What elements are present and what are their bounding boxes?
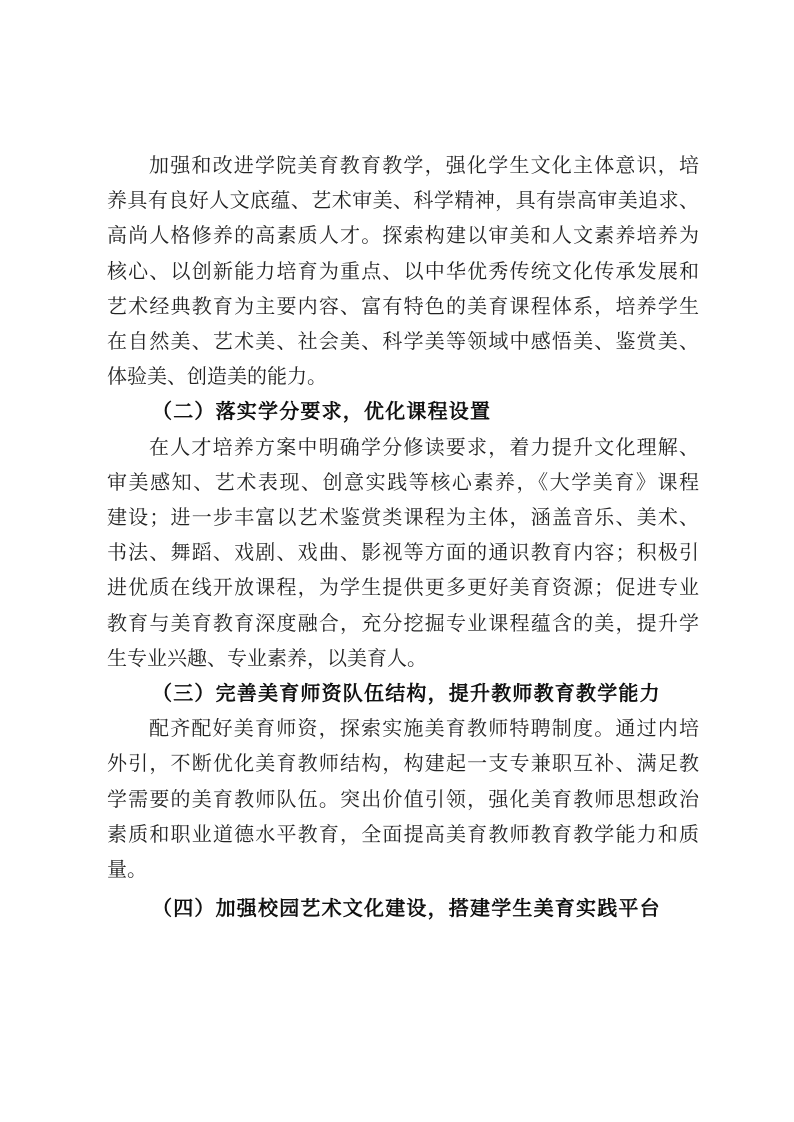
text-line: 建设；进一步丰富以艺术鉴赏类课程为主体，涵盖音乐、美术、 xyxy=(107,500,699,535)
text-line: 量。 xyxy=(107,852,699,887)
text-line: 进优质在线开放课程，为学生提供更多更好美育资源；促进专业 xyxy=(107,570,699,605)
text-line: 学需要的美育教师队伍。突出价值引领，强化美育教师思想政治 xyxy=(107,782,699,817)
text-line: 教育与美育教育深度融合，充分挖掘专业课程蕴含的美，提升学 xyxy=(107,606,699,641)
text-line: 体验美、创造美的能力。 xyxy=(107,359,699,394)
text-line: 生专业兴趣、专业素养，以美育人。 xyxy=(107,641,699,676)
text-line: 在自然美、艺术美、社会美、科学美等领域中感悟美、鉴赏美、 xyxy=(107,324,699,359)
text-line: 高尚人格修养的高素质人才。探索构建以审美和人文素养培养为 xyxy=(107,218,699,253)
text-line: 素质和职业道德水平教育，全面提高美育教师教育教学能力和质 xyxy=(107,817,699,852)
section-heading-3: （三）完善美育师资队伍结构，提升教师教育教学能力 xyxy=(107,676,699,711)
paragraph-teaching-staff: 配齐配好美育师资，探索实施美育教师特聘制度。通过内培 外引，不断优化美育教师结构… xyxy=(107,711,699,887)
section-heading-4: （四）加强校园艺术文化建设，搭建学生美育实践平台 xyxy=(107,891,699,926)
text-line: 审美感知、艺术表现、创意实践等核心素养，《大学美育》课程 xyxy=(107,465,699,500)
text-line: 外引，不断优化美育教师结构，构建起一支专兼职互补、满足教 xyxy=(107,746,699,781)
text-line: 在人才培养方案中明确学分修读要求，着力提升文化理解、 xyxy=(107,430,699,465)
text-line: 书法、舞蹈、戏剧、戏曲、影视等方面的通识教育内容；积极引 xyxy=(107,535,699,570)
text-line: 养具有良好人文底蕴、艺术审美、科学精神，具有崇高审美追求、 xyxy=(107,183,699,218)
paragraph-credit-requirements: 在人才培养方案中明确学分修读要求，着力提升文化理解、 审美感知、艺术表现、创意实… xyxy=(107,430,699,676)
document-page: 加强和改进学院美育教育教学，强化学生文化主体意识，培 养具有良好人文底蕴、艺术审… xyxy=(107,148,699,926)
text-line: 艺术经典教育为主要内容、富有特色的美育课程体系，培养学生 xyxy=(107,289,699,324)
paragraph-aesthetic-education-goals: 加强和改进学院美育教育教学，强化学生文化主体意识，培 养具有良好人文底蕴、艺术审… xyxy=(107,148,699,394)
section-heading-2: （二）落实学分要求，优化课程设置 xyxy=(107,394,699,429)
text-line: 核心、以创新能力培育为重点、以中华优秀传统文化传承发展和 xyxy=(107,254,699,289)
text-line: 加强和改进学院美育教育教学，强化学生文化主体意识，培 xyxy=(107,148,699,183)
text-line: 配齐配好美育师资，探索实施美育教师特聘制度。通过内培 xyxy=(107,711,699,746)
